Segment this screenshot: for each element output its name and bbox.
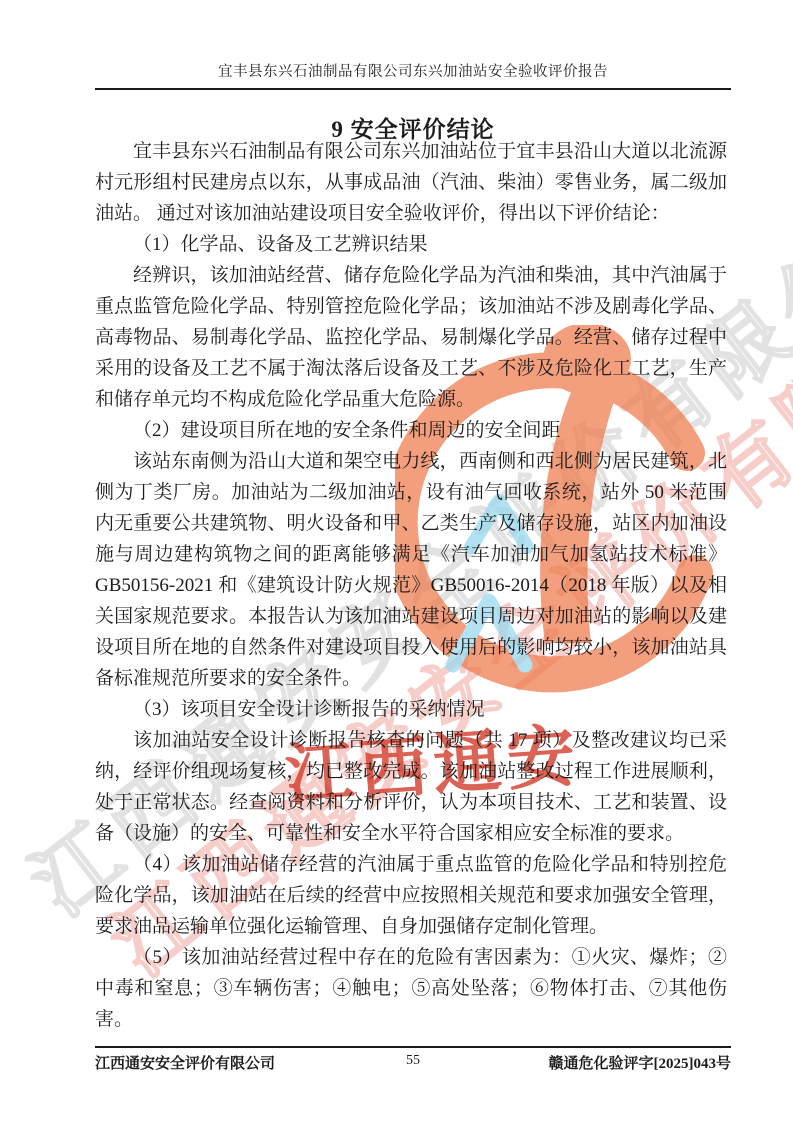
header-divider	[95, 88, 731, 90]
page-header-title: 宜丰县东兴石油制品有限公司东兴加油站安全验收评价报告	[95, 60, 731, 81]
paragraph-item-3-body: 该加油站安全设计诊断报告核查的问题（共 17 项）及整改建议均已采纳，经评价组现…	[95, 725, 727, 849]
report-page: 宜丰县东兴石油制品有限公司东兴加油站安全验收评价报告 9 安全评价结论 宜丰县东…	[0, 0, 793, 1122]
paragraph-intro: 宜丰县东兴石油制品有限公司东兴加油站位于宜丰县沿山大道以北流源村元形组村民建房点…	[95, 136, 727, 229]
page-footer: 江西通安安全评价有限公司 55 赣通危化验评字[2025]043号	[95, 1052, 731, 1074]
footer-document-number: 赣通危化验评字[2025]043号	[549, 1052, 732, 1073]
paragraph-item-4: （4）该加油站储存经营的汽油属于重点监管的危险化学品和特别控危险化学品，该加油站…	[95, 849, 727, 942]
paragraph-item-1-body: 经辨识，该加油站经营、储存危险化学品为汽油和柴油，其中汽油属于重点监管危险化学品…	[95, 260, 727, 415]
paragraph-item-2-head: （2）建设项目所在地的安全条件和周边的安全间距	[95, 415, 727, 446]
report-body: 宜丰县东兴石油制品有限公司东兴加油站位于宜丰县沿山大道以北流源村元形组村民建房点…	[95, 136, 727, 1035]
paragraph-item-2-body: 该站东南侧为沿山大道和架空电力线，西南侧和西北侧为居民建筑，北侧为丁类厂房。加油…	[95, 446, 727, 694]
paragraph-item-1-head: （1）化学品、设备及工艺辨识结果	[95, 229, 727, 260]
paragraph-item-3-head: （3）该项目安全设计诊断报告的采纳情况	[95, 694, 727, 725]
paragraph-item-5: （5）该加油站经营过程中存在的危险有害因素为：①火灾、爆炸；② 中毒和窒息；③车…	[95, 942, 727, 1035]
footer-divider	[95, 1046, 731, 1048]
